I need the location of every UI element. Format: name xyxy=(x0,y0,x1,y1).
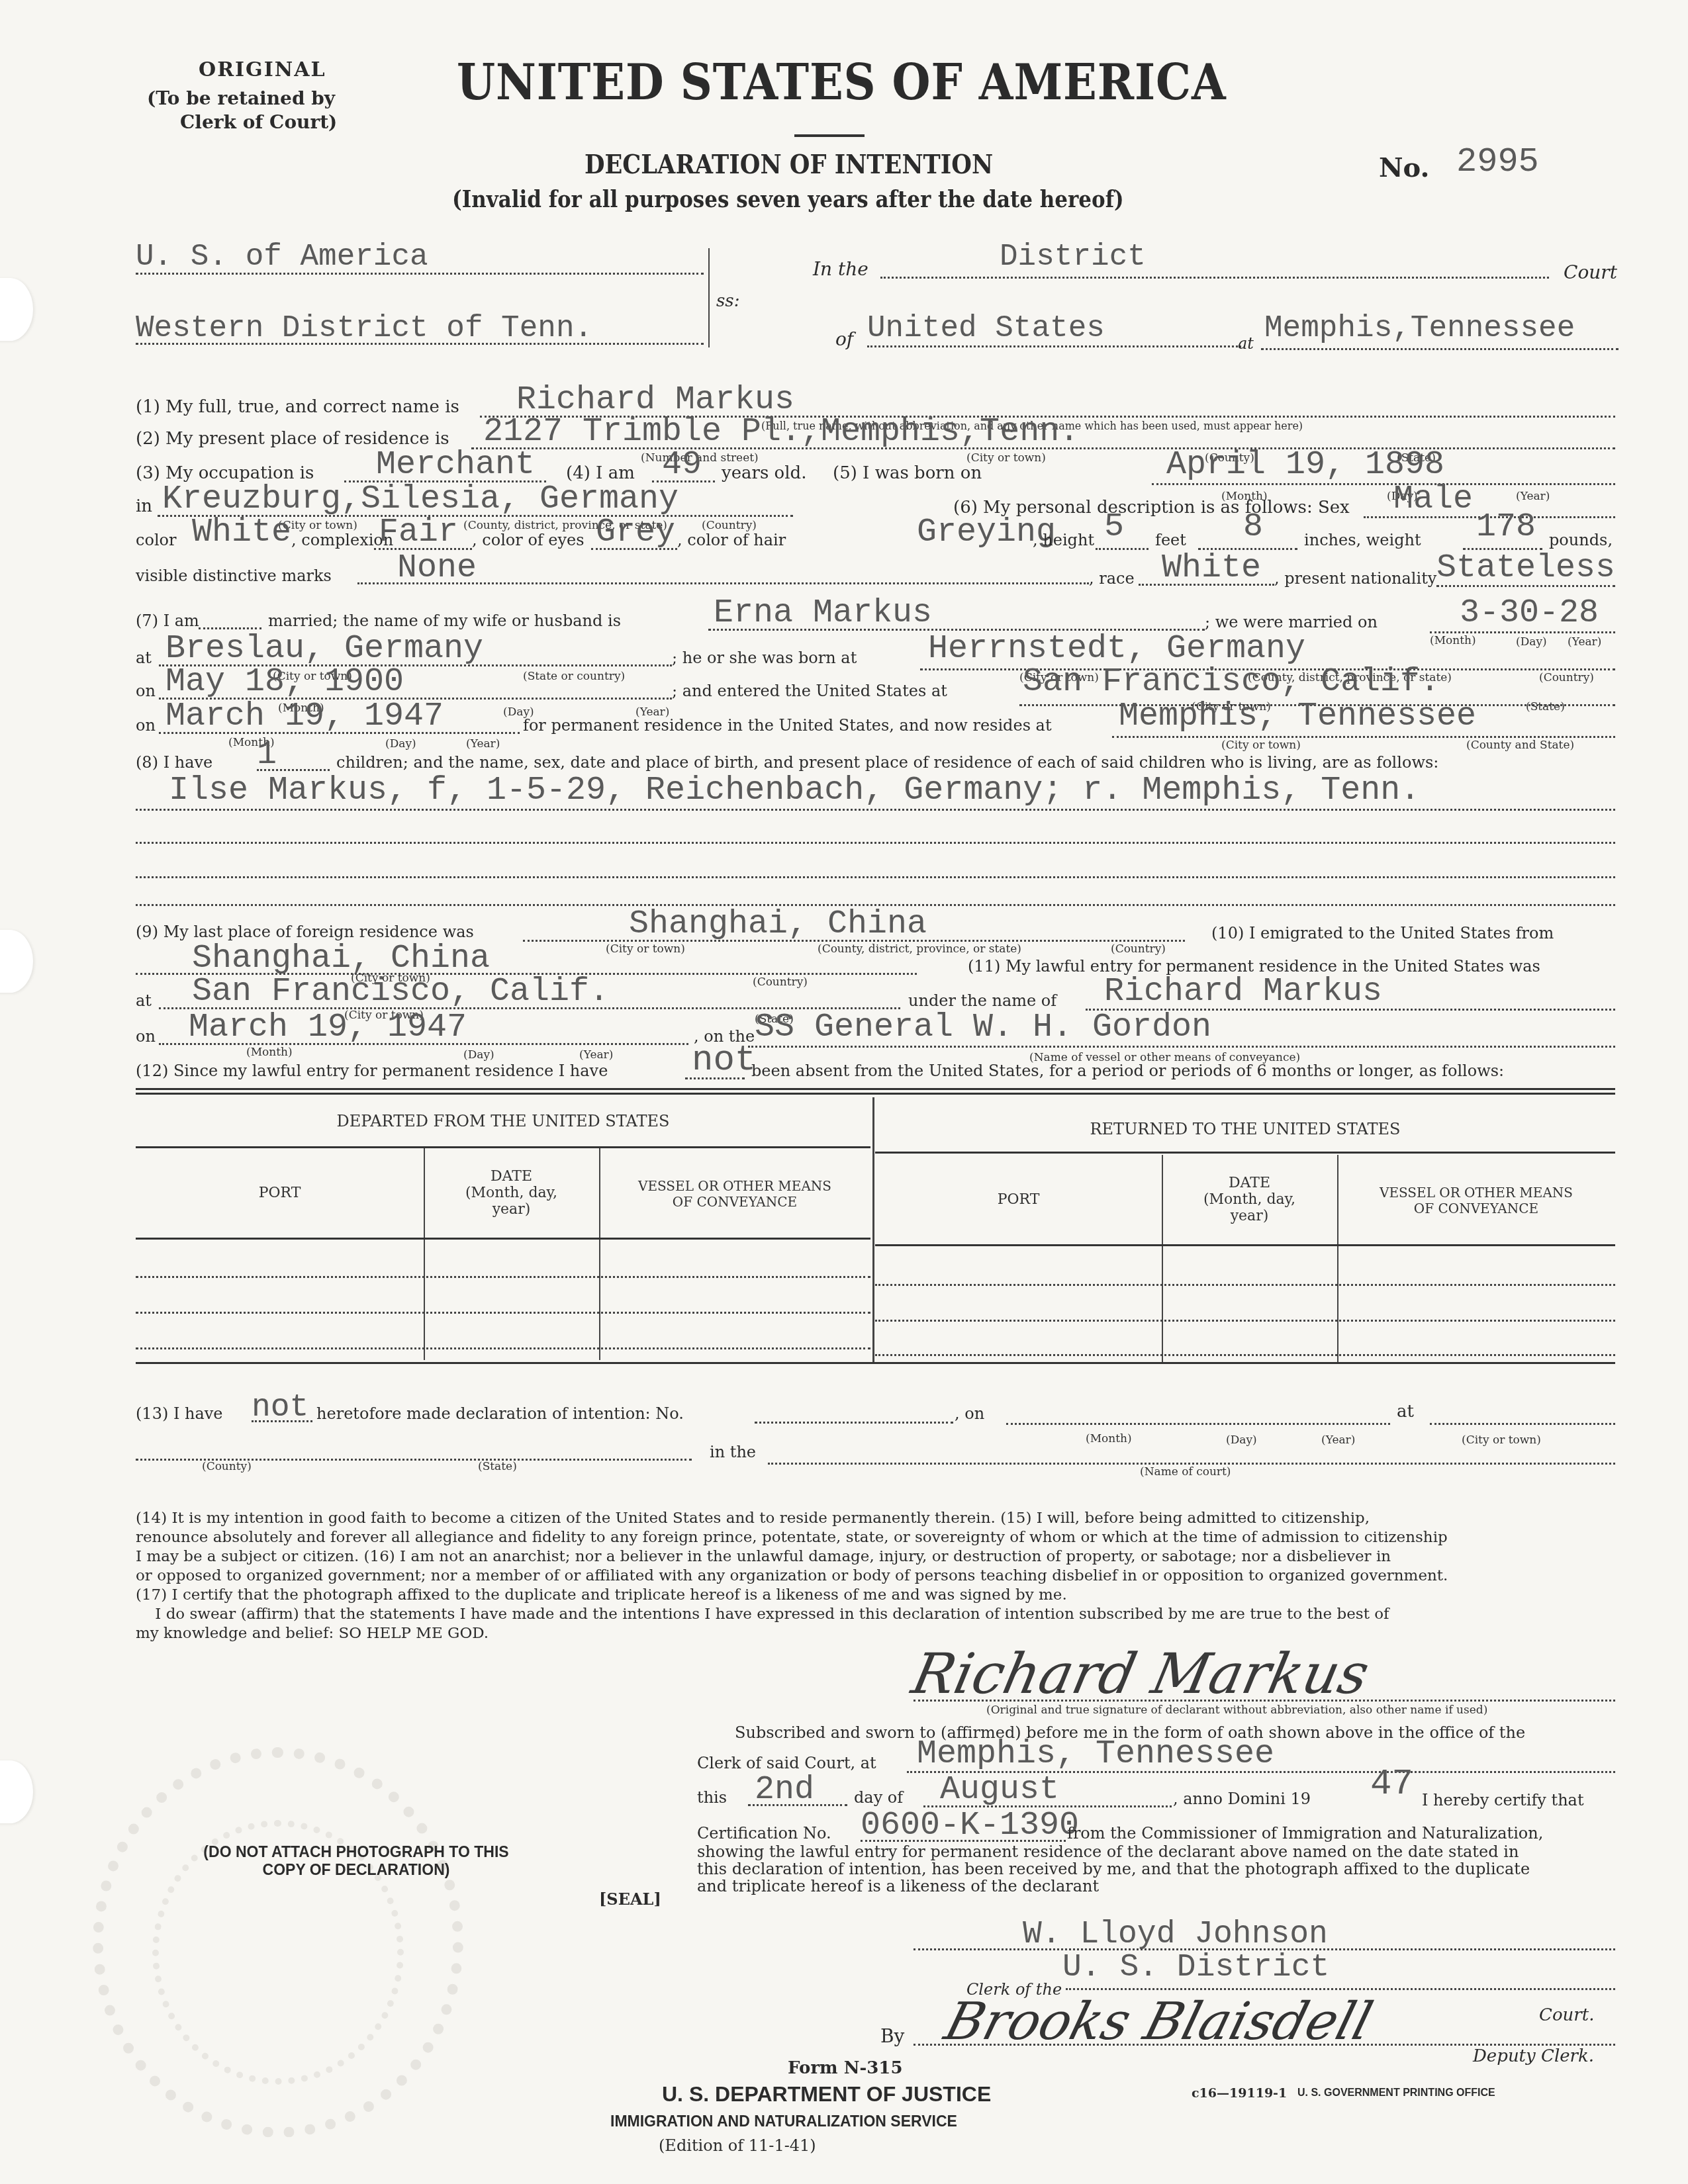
race-line xyxy=(1139,584,1274,586)
court-location-line xyxy=(1261,348,1618,350)
deputy-clerk-signature: Brooks Blaisdell xyxy=(939,1992,1378,2052)
q7-status-line xyxy=(199,627,261,629)
table-row xyxy=(875,1354,1615,1356)
children-count-value: 1 xyxy=(257,736,277,774)
q13-city-line xyxy=(1430,1423,1615,1425)
table-top-rule xyxy=(136,1088,1615,1090)
complexion-value: Fair xyxy=(379,514,458,551)
venue-state-line xyxy=(136,273,704,275)
venue-bracket xyxy=(708,248,710,347)
q11-at-label: at xyxy=(136,991,152,1010)
court-of-line xyxy=(867,345,1241,347)
q1-label: (1) My full, true, and correct name is xyxy=(136,397,459,417)
height-feet-value: 5 xyxy=(1104,508,1124,546)
q9-caption-country: (Country) xyxy=(1111,942,1166,956)
q5-label: (5) I was born on xyxy=(833,463,982,483)
eyes-line xyxy=(591,548,677,550)
married-caption-year: (Year) xyxy=(1568,635,1601,649)
q11-on-line xyxy=(159,1043,688,1045)
birthplace-label: in xyxy=(136,496,152,516)
validity-note: (Invalid for all purposes seven years af… xyxy=(452,185,1124,213)
retained-note-line1: (To be retained by xyxy=(147,87,335,109)
day-of-label: day of xyxy=(854,1788,903,1807)
spouse-entered-value: San Francisco, Calif. xyxy=(1023,663,1440,701)
inches-label: inches, weight xyxy=(1304,531,1421,549)
oath-line-5: (17) I certify that the photograph affix… xyxy=(136,1586,1618,1605)
hair-label: , color of hair xyxy=(677,531,786,549)
married-on-line xyxy=(1430,631,1615,633)
edition-note: (Edition of 11-1-41) xyxy=(659,2136,816,2155)
oath-line-3: I may be a subject or citizen. (16) I am… xyxy=(136,1547,1618,1567)
spouse-entry-date-label: on xyxy=(136,716,156,735)
lawful-entry-vessel-value: SS General W. H. Gordon xyxy=(755,1009,1211,1046)
declaration-number: 2995 xyxy=(1456,142,1539,181)
q4-suffix: years old. xyxy=(722,463,807,483)
date-header-line2: (Month, day, xyxy=(1162,1191,1337,1208)
oath-paragraph: (14) It is my intention in good faith to… xyxy=(136,1509,1618,1643)
date-header-line2: (Month, day, xyxy=(424,1185,599,1201)
spouse-dob-label: on xyxy=(136,682,156,700)
color-value: White xyxy=(192,514,291,551)
number-label: No. xyxy=(1379,152,1429,183)
table-center-divider xyxy=(872,1097,874,1362)
q13-label-b: heretofore made declaration of intention… xyxy=(316,1404,684,1423)
spouse-entered-label: ; and entered the United States at xyxy=(672,682,947,700)
clerk-at-value: Memphis, Tennessee xyxy=(917,1735,1274,1773)
date-header-line3: year) xyxy=(1162,1208,1337,1224)
weight-value: 178 xyxy=(1476,508,1536,546)
at-label: at xyxy=(1238,334,1254,353)
spouse-resides-line xyxy=(1112,736,1615,738)
departed-colhead-rule xyxy=(136,1238,870,1240)
spouse-name-value: Erna Markus xyxy=(714,594,932,632)
eyes-label: , color of eyes xyxy=(472,531,585,549)
nationality-value: Stateless xyxy=(1436,549,1615,587)
court-label: Court xyxy=(1564,261,1617,283)
certify-label: I hereby certify that xyxy=(1422,1791,1584,1809)
eyes-value: Grey xyxy=(596,514,675,551)
occupation-value: Merchant xyxy=(376,446,535,484)
q8-label-b: children; and the name, sex, date and pl… xyxy=(336,753,1438,772)
spouse-dob-value: May 18, 1900 xyxy=(165,663,404,701)
seal-label: [SEAL] xyxy=(599,1889,661,1909)
venue-state-value: U. S. of America xyxy=(136,240,428,274)
spouse-born-caption-country: (Country) xyxy=(1539,671,1594,684)
document-title: UNITED STATES OF AMERICA xyxy=(457,54,1226,111)
oath-line-7: my knowledge and belief: SO HELP ME GOD. xyxy=(136,1624,1618,1643)
q11-vessel-line xyxy=(748,1046,1615,1048)
q7-label-a: (7) I am xyxy=(136,612,199,630)
nationality-line xyxy=(1436,585,1615,587)
court-type-line xyxy=(880,277,1549,279)
race-value: White xyxy=(1162,549,1261,587)
q13-at-label: at xyxy=(1397,1402,1414,1422)
marks-value: None xyxy=(397,549,477,587)
married-caption-month: (Month) xyxy=(1430,634,1476,647)
q5-line xyxy=(1152,483,1615,485)
deputy-line xyxy=(914,2044,1615,2046)
emigrated-from-value: Shanghai, China xyxy=(192,940,490,978)
returned-colhead-rule xyxy=(875,1244,1615,1246)
departed-date-header: DATE (Month, day, year) xyxy=(424,1168,599,1218)
residence-value: 2127 Trimble Pl.,Memphis,Tenn. xyxy=(483,413,1079,451)
q13-in-the-label: in the xyxy=(710,1443,756,1461)
court-label-clerk: Court. xyxy=(1539,2005,1594,2025)
title-rule xyxy=(794,134,865,137)
cert-text-2: showing the lawful entry for permanent r… xyxy=(697,1843,1519,1861)
q9-caption-county: (County, district, province, or state) xyxy=(818,942,1021,956)
table-bottom-rule xyxy=(136,1362,1615,1364)
birthplace-caption-country: (Country) xyxy=(702,519,757,532)
cert-text-3: this declaration of intention, has been … xyxy=(697,1860,1530,1878)
spouse-born-label: ; he or she was born at xyxy=(672,649,857,667)
feet-label: feet xyxy=(1155,531,1186,549)
photo-note-line1: (DO NOT ATTACH PHOTOGRAPH TO THIS xyxy=(158,1843,555,1861)
child-line-2 xyxy=(136,842,1615,844)
q12-label-a: (12) Since my lawful entry for permanent… xyxy=(136,1062,608,1080)
departed-header-rule xyxy=(136,1146,870,1148)
q5-caption-year: (Year) xyxy=(1516,490,1550,503)
q13-caption-day: (Day) xyxy=(1226,1433,1257,1447)
cert-no-line xyxy=(861,1840,1066,1842)
oath-line-1: (14) It is my intention in good faith to… xyxy=(136,1509,1618,1528)
child-entry-1: Ilse Markus, f, 1-5-29, Reichenbach, Ger… xyxy=(169,772,1420,809)
height-feet-line xyxy=(1096,548,1149,550)
q11-name-label: under the name of xyxy=(908,991,1056,1010)
spouse-entry-caption-year: (Year) xyxy=(466,737,500,751)
q13-court-line xyxy=(768,1463,1615,1465)
cert-text-1: from the Commissioner of Immigration and… xyxy=(1067,1824,1543,1843)
q13-caption-year: (Year) xyxy=(1321,1433,1355,1447)
q11-caption-day: (Day) xyxy=(463,1048,494,1062)
q13-value-line xyxy=(252,1420,312,1422)
spouse-resides-caption-state: (County and State) xyxy=(1466,739,1574,752)
married-on-value: 3-30-28 xyxy=(1460,594,1599,632)
race-label: , race xyxy=(1089,569,1135,588)
q13-number-line xyxy=(755,1422,953,1424)
table-row xyxy=(136,1347,870,1349)
age-value: 49 xyxy=(662,446,702,484)
clerk-at-label: Clerk of said Court, at xyxy=(697,1754,876,1772)
q9-caption-city: (City or town) xyxy=(606,942,685,956)
departed-port-header: PORT xyxy=(136,1185,424,1201)
q13-caption-county: (County) xyxy=(202,1460,252,1473)
retained-note-line2: Clerk of Court) xyxy=(180,111,337,133)
spouse-entered-caption-state: (State) xyxy=(1526,700,1565,713)
venue-district-value: Western District of Tenn. xyxy=(136,311,592,345)
q12-label-b: been absent from the United States, for … xyxy=(751,1062,1504,1080)
service-name: IMMIGRATION AND NATURALIZATION SERVICE xyxy=(610,2113,957,2130)
table-row xyxy=(136,1312,870,1314)
in-the-label: In the xyxy=(813,258,868,280)
q13-date-line xyxy=(1006,1423,1390,1425)
by-label: By xyxy=(880,2025,904,2047)
table-top-rule-2 xyxy=(136,1093,1615,1095)
returned-date-header: DATE (Month, day, year) xyxy=(1162,1175,1337,1224)
returned-header: RETURNED TO THE UNITED STATES xyxy=(875,1120,1615,1138)
nationality-label: , present nationality xyxy=(1274,569,1436,588)
returned-port-header: PORT xyxy=(875,1191,1162,1208)
departed-header: DEPARTED FROM THE UNITED STATES xyxy=(136,1112,870,1130)
q13-caption-city: (City or town) xyxy=(1462,1433,1541,1447)
signature-line xyxy=(914,1700,1615,1702)
ss-label: ss: xyxy=(716,291,739,311)
spouse-entry-caption-day: (Day) xyxy=(385,737,416,751)
punch-hole xyxy=(0,1760,33,1823)
cert-no-value: 0600-K-1390 xyxy=(861,1807,1079,1844)
deputy-clerk-label: Deputy Clerk. xyxy=(1473,2046,1594,2066)
print-code: c16—19119-1 xyxy=(1192,2086,1287,2101)
q9-label: (9) My last place of foreign residence w… xyxy=(136,923,474,941)
q13-caption-court: (Name of court) xyxy=(1140,1465,1231,1479)
date-header-line3: year) xyxy=(424,1201,599,1218)
q11-caption-month: (Month) xyxy=(246,1046,293,1059)
pounds-label: pounds, xyxy=(1549,531,1613,549)
q13-on-label: , on xyxy=(955,1404,984,1423)
table-row xyxy=(136,1276,870,1278)
oath-line-4: or opposed to organized government; nor … xyxy=(136,1567,1618,1586)
spouse-resides-value: Memphis, Tennessee xyxy=(1119,698,1476,735)
anno-label: , anno Domini 19 xyxy=(1173,1790,1311,1808)
color-label: color xyxy=(136,531,177,549)
vessel-header-line1: VESSEL OR OTHER MEANS xyxy=(1337,1185,1615,1201)
last-foreign-residence-value: Shanghai, China xyxy=(629,905,927,943)
spouse-born-value: Herrnstedt, Germany xyxy=(928,630,1305,668)
married-on-label: ; we were married on xyxy=(1205,613,1378,631)
children-count-line xyxy=(257,769,330,771)
height-label: , height xyxy=(1033,531,1094,549)
married-at-caption-state: (State or country) xyxy=(523,670,625,683)
q11-caption-year: (Year) xyxy=(579,1048,613,1062)
cert-text-4: and triplicate hereof is a likeness of t… xyxy=(697,1877,1099,1895)
married-at-value: Breslau, Germany xyxy=(165,630,483,668)
printer-name: U. S. GOVERNMENT PRINTING OFFICE xyxy=(1297,2087,1495,2099)
birthplace-value: Kreuzburg,Silesia, Germany xyxy=(162,480,679,518)
q13-label-a: (13) I have xyxy=(136,1404,223,1423)
clerk-court-value: U. S. District xyxy=(1062,1950,1329,1985)
child-line-3 xyxy=(136,876,1615,878)
date-header-line1: DATE xyxy=(1162,1175,1337,1191)
year-value: 47 xyxy=(1370,1764,1413,1805)
signature-caption: (Original and true signature of declaran… xyxy=(986,1704,1487,1717)
q10-caption-country: (Country) xyxy=(753,976,808,989)
form-subtitle: DECLARATION OF INTENTION xyxy=(585,149,993,180)
child-line-1 xyxy=(136,809,1615,811)
photo-note: (DO NOT ATTACH PHOTOGRAPH TO THIS COPY O… xyxy=(158,1843,555,1879)
returned-header-rule xyxy=(875,1152,1615,1154)
clerk-name-value: W. Lloyd Johnson xyxy=(1023,1917,1328,1952)
lawful-entry-place-value: San Francisco, Calif. xyxy=(192,973,609,1011)
q12-line xyxy=(685,1077,745,1079)
q9-line xyxy=(523,940,1185,942)
table-row xyxy=(875,1320,1615,1322)
photo-note-line2: COPY OF DECLARATION) xyxy=(158,1861,555,1879)
oath-line-2: renounce absolutely and forever all alle… xyxy=(136,1528,1618,1547)
returned-vessel-header: VESSEL OR OTHER MEANS OF CONVEYANCE xyxy=(1337,1185,1615,1216)
clerk-court-line xyxy=(1066,1988,1615,1990)
q11-on-label: on xyxy=(136,1027,156,1046)
day-value: 2nd xyxy=(755,1771,814,1809)
oath-line-6: I do swear (affirm) that the statements … xyxy=(136,1605,1618,1624)
spouse-resides-caption-city: (City or town) xyxy=(1221,739,1301,752)
absence-value: not xyxy=(692,1040,756,1081)
lawful-entry-date-value: March 19, 1947 xyxy=(189,1009,467,1046)
month-value: August xyxy=(940,1771,1059,1809)
marks-label: visible distinctive marks xyxy=(136,567,332,585)
lawful-entry-name-value: Richard Markus xyxy=(1104,973,1382,1011)
this-label: this xyxy=(697,1788,727,1807)
departed-vessel-header: VESSEL OR OTHER MEANS OF CONVEYANCE xyxy=(599,1178,870,1210)
table-row xyxy=(875,1284,1615,1286)
birth-date-value: April 19, 1898 xyxy=(1166,446,1444,484)
date-header-line1: DATE xyxy=(424,1168,599,1185)
q7-label-b: married; the name of my wife or husband … xyxy=(268,612,621,630)
married-caption-day: (Day) xyxy=(1516,635,1547,649)
cert-no-label: Certification No. xyxy=(697,1824,831,1843)
form-number: Form N-315 xyxy=(788,2058,902,2078)
height-inches-value: 8 xyxy=(1243,508,1263,546)
day-line xyxy=(748,1804,847,1806)
punch-hole xyxy=(0,930,33,993)
of-label: of xyxy=(835,328,853,350)
declarant-signature: Richard Markus xyxy=(907,1641,1375,1706)
court-type-value: District xyxy=(1000,240,1146,274)
q10-label: (10) I emigrated to the United States fr… xyxy=(1211,924,1554,942)
marks-line xyxy=(357,582,1089,584)
sex-value: Male xyxy=(1393,480,1473,518)
spouse-resides-label: for permanent residence in the United St… xyxy=(523,716,1052,735)
vessel-header-line2: OF CONVEYANCE xyxy=(599,1194,870,1210)
q2-caption-city: (City or town) xyxy=(966,451,1046,465)
q13-caption-month: (Month) xyxy=(1086,1432,1132,1445)
q13-caption-state: (State) xyxy=(478,1460,517,1473)
original-label: ORIGINAL xyxy=(199,58,326,81)
venue-district-line xyxy=(136,343,704,345)
spouse-entry-date-line xyxy=(159,732,520,734)
married-at-label: at xyxy=(136,649,152,667)
q8-label-a: (8) I have xyxy=(136,753,212,772)
vessel-header-line2: OF CONVEYANCE xyxy=(1337,1201,1615,1216)
spouse-entry-date-value: March 19, 1947 xyxy=(165,698,444,735)
punch-hole xyxy=(0,278,33,341)
vessel-header-line1: VESSEL OR OTHER MEANS xyxy=(599,1178,870,1194)
court-location-value: Memphis,Tennessee xyxy=(1264,311,1575,345)
court-of-value: United States xyxy=(867,311,1105,345)
department-name: U. S. DEPARTMENT OF JUSTICE xyxy=(662,2082,991,2107)
